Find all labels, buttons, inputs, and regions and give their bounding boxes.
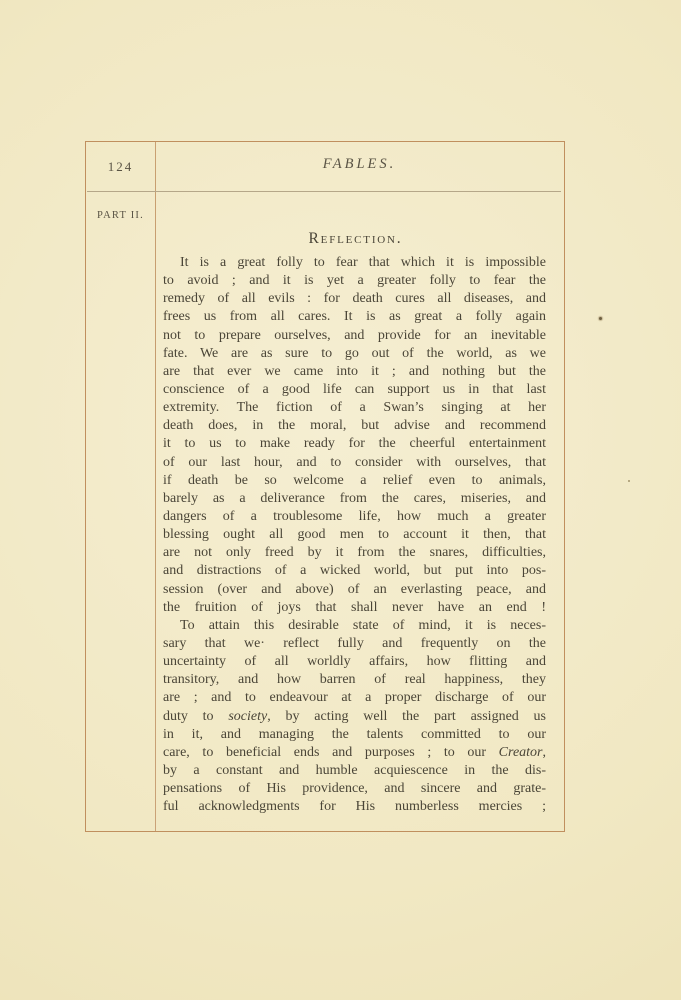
text-line: it to us to make ready for the cheerful … [163,435,546,453]
text-line: duty to society, by acting well the part… [163,708,546,726]
text-line: session (over and above) of an everlasti… [163,581,546,599]
part-label: PART II. [86,210,155,221]
text-line: To attain this desirable state of mind, … [163,617,546,635]
text-line: if death be so welcome a relief even to … [163,472,546,490]
text-line: ful acknowledgments for His numberless m… [163,798,546,816]
scanned-book-page: 124 FABLES. PART II. Reflection. It is a… [0,0,681,1000]
text-line: care, to beneficial ends and purposes ; … [163,744,546,762]
text-line: It is a great folly to fear that which i… [163,254,546,272]
text-line: barely as a deliverance from the cares, … [163,490,546,508]
text-line: fate. We are as sure to go out of the wo… [163,345,546,363]
text-line: uncertainty of all worldly affairs, how … [163,653,546,671]
text-line: to avoid ; and it is yet a greater folly… [163,272,546,290]
header-rule [87,191,561,192]
text-line: remedy of all evils : for death cures al… [163,290,546,308]
text-line: conscience of a good life can support us… [163,381,546,399]
text-line: frees us from all cares. It is as great … [163,308,546,326]
dust-speck [628,480,630,482]
text-line: of our last hour, and to consider with o… [163,454,546,472]
body-text: It is a great folly to fear that which i… [163,254,546,816]
text-line: and distractions of a wicked world, but … [163,562,546,580]
dust-speck [599,317,602,320]
text-line: are ; and to endeavour at a proper disch… [163,689,546,707]
running-title: FABLES. [155,156,564,173]
text-line: not to prepare ourselves, and provide fo… [163,327,546,345]
margin-divider-line [155,142,156,831]
text-line: extremity. The fiction of a Swan’s singi… [163,399,546,417]
text-line: are that ever we came into it ; and noth… [163,363,546,381]
section-title: Reflection. [164,230,547,248]
text-line: transitory, and how barren of real happi… [163,671,546,689]
page-frame: 124 FABLES. PART II. Reflection. It is a… [85,141,565,832]
text-line: dangers of a troublesome life, how much … [163,508,546,526]
page-number: 124 [86,159,155,175]
text-line: blessing ought all good men to account i… [163,526,546,544]
text-line: sary that we· reflect fully and frequent… [163,635,546,653]
text-line: pensations of His providence, and sincer… [163,780,546,798]
text-line: death does, in the moral, but advise and… [163,417,546,435]
text-line: by a constant and humble acquiescence in… [163,762,546,780]
text-line: are not only freed by it from the snares… [163,544,546,562]
text-line: in it, and managing the talents committe… [163,726,546,744]
text-line: the fruition of joys that shall never ha… [163,599,546,617]
